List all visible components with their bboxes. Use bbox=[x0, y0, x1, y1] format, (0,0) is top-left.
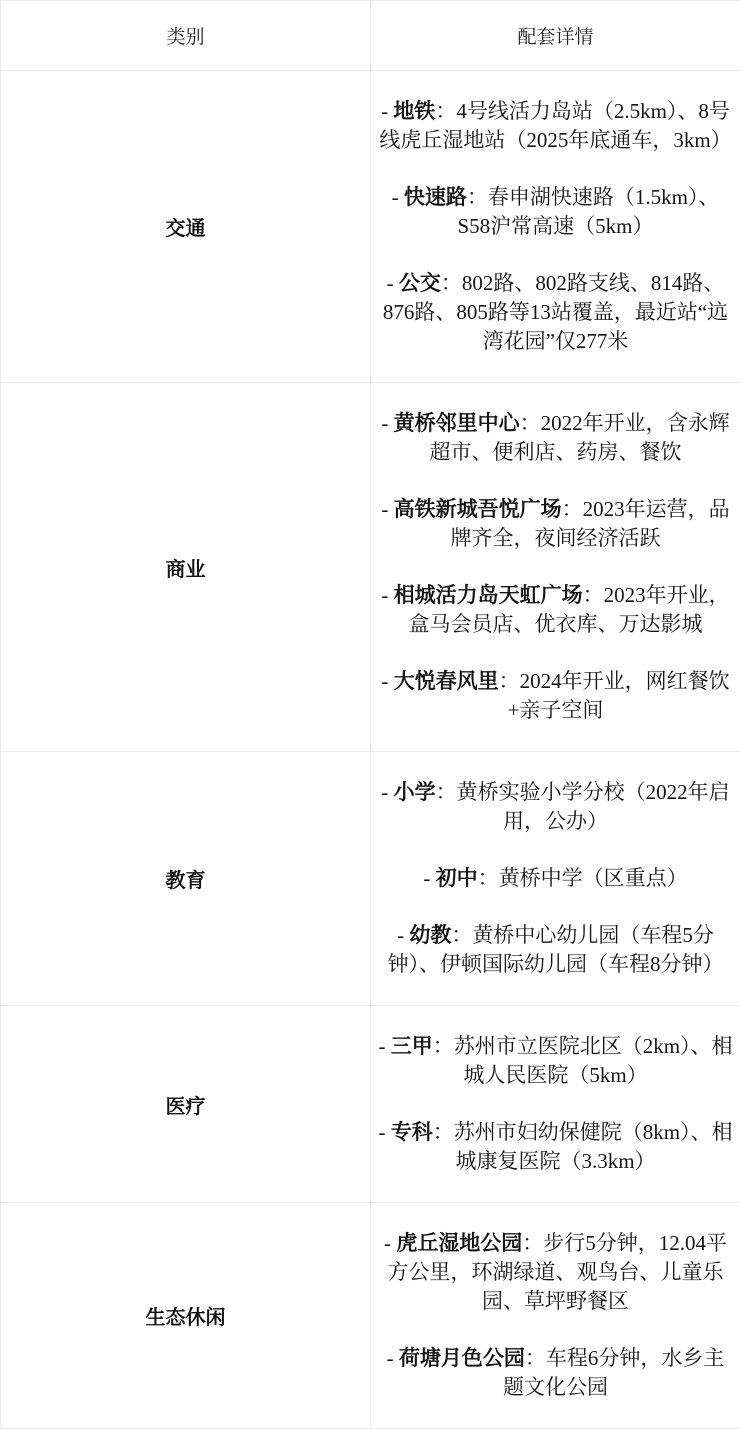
bullet-dash: - bbox=[378, 1034, 390, 1058]
detail-item: - 荷塘月色公园：车程6分钟，水乡主题文化公园 bbox=[377, 1344, 734, 1402]
detail-item-colon: ： bbox=[520, 411, 541, 435]
detail-item: - 初中：黄桥中学（区重点） bbox=[377, 864, 734, 893]
detail-item-colon: ： bbox=[441, 271, 462, 295]
detail-item: - 小学：黄桥实验小学分校（2022年启用，公办） bbox=[377, 778, 734, 836]
category-label: 生态休闲 bbox=[1, 1203, 371, 1429]
detail-item-label: 相城活力岛天虹广场 bbox=[394, 583, 583, 607]
bullet-dash: - bbox=[381, 583, 393, 607]
detail-item-colon: ： bbox=[467, 185, 488, 209]
details-cell: - 黄桥邻里中心：2022年开业，含永辉超市、便利店、药房、餐饮- 高铁新城吾悦… bbox=[371, 383, 740, 752]
table-row: 商业 - 黄桥邻里中心：2022年开业，含永辉超市、便利店、药房、餐饮- 高铁新… bbox=[1, 383, 740, 752]
detail-item: - 地铁：4号线活力岛站（2.5km）、8号线虎丘湿地站（2025年底通车，3k… bbox=[377, 97, 734, 155]
detail-item-colon: ： bbox=[562, 497, 583, 521]
detail-item-colon: ： bbox=[478, 866, 499, 890]
page: 类别 配套详情 交通 - 地铁：4号线活力岛站（2.5km）、8号线虎丘湿地站（… bbox=[0, 0, 740, 1429]
detail-item-colon: ： bbox=[451, 923, 472, 947]
table-row: 医疗 - 三甲：苏州市立医院北区（2km）、相城人民医院（5km）- 专科：苏州… bbox=[1, 1006, 740, 1203]
bullet-dash: - bbox=[423, 866, 435, 890]
detail-item-colon: ： bbox=[436, 780, 457, 804]
bullet-dash: - bbox=[397, 923, 409, 947]
detail-item-colon: ： bbox=[522, 1231, 543, 1255]
detail-item: - 专科：苏州市妇幼保健院（8km）、相城康复医院（3.3km） bbox=[377, 1118, 734, 1176]
detail-item-label: 公交 bbox=[399, 271, 441, 295]
detail-item-text: 春申湖快速路（1.5km）、S58沪常高速（5km） bbox=[457, 185, 719, 238]
table-row: 生态休闲 - 虎丘湿地公园：步行5分钟，12.04平方公里，环湖绿道、观鸟台、儿… bbox=[1, 1203, 740, 1429]
bullet-dash: - bbox=[378, 1120, 390, 1144]
detail-item-text: 苏州市妇幼保健院（8km）、相城康复医院（3.3km） bbox=[454, 1120, 733, 1173]
detail-item-text: 黄桥中学（区重点） bbox=[499, 866, 688, 890]
detail-item-text: 黄桥实验小学分校（2022年启用，公办） bbox=[457, 780, 730, 833]
detail-item-label: 黄桥邻里中心 bbox=[394, 411, 520, 435]
detail-item-text: 2024年开业，网红餐饮+亲子空间 bbox=[508, 669, 730, 722]
detail-item-colon: ： bbox=[433, 1120, 454, 1144]
detail-item-text: 苏州市立医院北区（2km）、相城人民医院（5km） bbox=[454, 1034, 733, 1087]
detail-item: - 三甲：苏州市立医院北区（2km）、相城人民医院（5km） bbox=[377, 1032, 734, 1090]
detail-item: - 虎丘湿地公园：步行5分钟，12.04平方公里，环湖绿道、观鸟台、儿童乐园、草… bbox=[377, 1229, 734, 1316]
details-cell: - 地铁：4号线活力岛站（2.5km）、8号线虎丘湿地站（2025年底通车，3k… bbox=[371, 71, 740, 383]
detail-item-label: 专科 bbox=[391, 1120, 433, 1144]
detail-item: - 幼教：黄桥中心幼儿园（车程5分钟）、伊顿国际幼儿园（车程8分钟） bbox=[377, 921, 734, 979]
detail-item: - 黄桥邻里中心：2022年开业，含永辉超市、便利店、药房、餐饮 bbox=[377, 409, 734, 467]
detail-item: - 高铁新城吾悦广场：2023年运营，品牌齐全，夜间经济活跃 bbox=[377, 495, 734, 553]
table-row: 交通 - 地铁：4号线活力岛站（2.5km）、8号线虎丘湿地站（2025年底通车… bbox=[1, 71, 740, 383]
table-row: 教育 - 小学：黄桥实验小学分校（2022年启用，公办）- 初中：黄桥中学（区重… bbox=[1, 752, 740, 1006]
detail-item-colon: ： bbox=[499, 669, 520, 693]
detail-item-label: 虎丘湿地公园 bbox=[396, 1231, 522, 1255]
detail-item: - 大悦春风里：2024年开业，网红餐饮+亲子空间 bbox=[377, 667, 734, 725]
detail-item-colon: ： bbox=[435, 99, 456, 123]
detail-item-colon: ： bbox=[433, 1034, 454, 1058]
detail-item-label: 荷塘月色公园 bbox=[399, 1346, 525, 1370]
detail-item: - 公交：802路、802路支线、814路、876路、805路等13站覆盖，最近… bbox=[377, 269, 734, 356]
details-cell: - 小学：黄桥实验小学分校（2022年启用，公办）- 初中：黄桥中学（区重点）-… bbox=[371, 752, 740, 1006]
detail-item-label: 幼教 bbox=[409, 923, 451, 947]
detail-item-label: 初中 bbox=[436, 866, 478, 890]
header-category-label: 类别 bbox=[166, 22, 204, 49]
header-details-label: 配套详情 bbox=[517, 22, 593, 49]
detail-item-label: 大悦春风里 bbox=[394, 669, 499, 693]
bullet-dash: - bbox=[381, 780, 393, 804]
amenities-table: 类别 配套详情 交通 - 地铁：4号线活力岛站（2.5km）、8号线虎丘湿地站（… bbox=[0, 0, 740, 1429]
header-cell-category: 类别 bbox=[1, 1, 371, 71]
table-header-row: 类别 配套详情 bbox=[1, 1, 740, 71]
detail-item-colon: ： bbox=[583, 583, 604, 607]
bullet-dash: - bbox=[384, 1231, 396, 1255]
details-cell: - 虎丘湿地公园：步行5分钟，12.04平方公里，环湖绿道、观鸟台、儿童乐园、草… bbox=[371, 1203, 740, 1429]
detail-item-label: 三甲 bbox=[391, 1034, 433, 1058]
category-label: 医疗 bbox=[1, 1006, 371, 1203]
header-cell-details: 配套详情 bbox=[371, 1, 740, 71]
bullet-dash: - bbox=[381, 99, 393, 123]
detail-item-label: 小学 bbox=[394, 780, 436, 804]
detail-item-label: 地铁 bbox=[393, 99, 435, 123]
category-label: 教育 bbox=[1, 752, 371, 1006]
bullet-dash: - bbox=[387, 271, 399, 295]
category-label: 交通 bbox=[1, 71, 371, 383]
bullet-dash: - bbox=[381, 411, 393, 435]
bullet-dash: - bbox=[392, 185, 404, 209]
detail-item-label: 快速路 bbox=[404, 185, 467, 209]
bullet-dash: - bbox=[381, 669, 393, 693]
bullet-dash: - bbox=[381, 497, 393, 521]
details-cell: - 三甲：苏州市立医院北区（2km）、相城人民医院（5km）- 专科：苏州市妇幼… bbox=[371, 1006, 740, 1203]
category-label: 商业 bbox=[1, 383, 371, 752]
bullet-dash: - bbox=[387, 1346, 399, 1370]
detail-item-colon: ： bbox=[525, 1346, 546, 1370]
detail-item-label: 高铁新城吾悦广场 bbox=[394, 497, 562, 521]
detail-item: - 相城活力岛天虹广场：2023年开业，盒马会员店、优衣库、万达影城 bbox=[377, 581, 734, 639]
detail-item: - 快速路：春申湖快速路（1.5km）、S58沪常高速（5km） bbox=[377, 183, 734, 241]
